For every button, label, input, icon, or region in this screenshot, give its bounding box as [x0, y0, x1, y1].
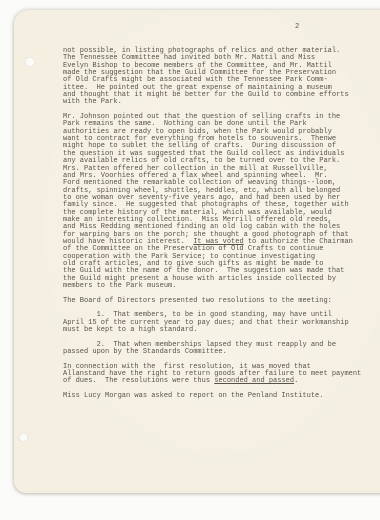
paragraph: The Board of Directors presented two res…	[63, 298, 380, 305]
text-line: Miss Lucy Morgan was asked to report on …	[63, 393, 380, 400]
paragraph: Miss Lucy Morgan was asked to report on …	[63, 393, 380, 400]
text-line: passed upon by the Standards Committee.	[63, 349, 380, 356]
punch-hole-top	[25, 57, 35, 67]
text-line: members to the Park museum.	[63, 283, 380, 290]
text-line: with the Park.	[63, 99, 380, 106]
text-line: of dues. The resolutions were thus secon…	[63, 378, 380, 385]
paragraph: 1. That members, to be in good standing,…	[63, 312, 380, 334]
paragraph: 2. That when memberships lapsed they mus…	[63, 342, 380, 357]
typewritten-text: not possible, in listing photographs of …	[63, 48, 380, 408]
text-line: must be kept to a high standard.	[63, 327, 380, 334]
paragraph: In connection with the first resolution,…	[63, 364, 380, 386]
text-line: The Board of Directors presented two res…	[63, 298, 380, 305]
scanned-page: 2 not possible, in listing photographs o…	[14, 10, 380, 493]
page-number: 2	[295, 23, 299, 31]
punch-hole-bottom	[19, 433, 28, 442]
paragraph: Mr. Johnson pointed out that the questio…	[63, 114, 380, 290]
paragraph: not possible, in listing photographs of …	[63, 48, 380, 107]
